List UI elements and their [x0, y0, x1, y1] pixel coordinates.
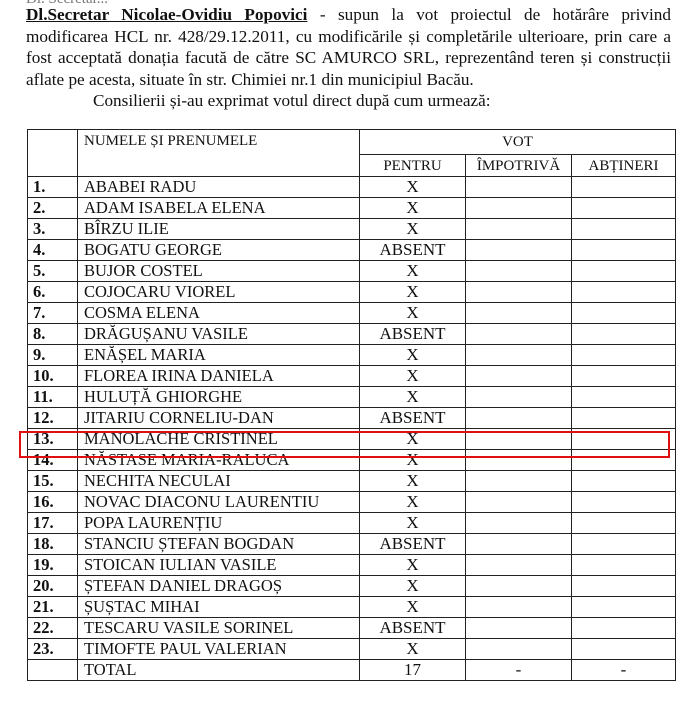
row-number: 17.	[28, 513, 78, 534]
vote-impotriva	[466, 366, 572, 387]
row-number: 21.	[28, 597, 78, 618]
vote-pentru: X	[360, 345, 466, 366]
vote-impotriva	[466, 345, 572, 366]
table-row: 9.ENĂȘEL MARIAX	[28, 345, 676, 366]
member-name: BÎRZU ILIE	[78, 219, 360, 240]
row-number: 4.	[28, 240, 78, 261]
table-row: 15.NECHITA NECULAIX	[28, 471, 676, 492]
table-row: 14.NĂSTASE MARIA-RALUCAX	[28, 450, 676, 471]
vote-abtineri	[572, 198, 676, 219]
row-number: 2.	[28, 198, 78, 219]
vote-pentru: ABSENT	[360, 618, 466, 639]
row-number: 16.	[28, 492, 78, 513]
vote-pentru: X	[360, 555, 466, 576]
vote-pentru: X	[360, 492, 466, 513]
vote-impotriva	[466, 618, 572, 639]
vote-pentru: X	[360, 513, 466, 534]
vote-pentru: X	[360, 597, 466, 618]
vote-impotriva	[466, 429, 572, 450]
row-number: 19.	[28, 555, 78, 576]
member-name: NĂSTASE MARIA-RALUCA	[78, 450, 360, 471]
vote-abtineri	[572, 408, 676, 429]
vote-pentru: X	[360, 576, 466, 597]
vote-pentru: X	[360, 639, 466, 660]
table-row: 22.TESCARU VASILE SORINELABSENT	[28, 618, 676, 639]
vote-impotriva	[466, 240, 572, 261]
member-name: ȘTEFAN DANIEL DRAGOȘ	[78, 576, 360, 597]
vote-abtineri	[572, 450, 676, 471]
vote-abtineri: -	[572, 660, 676, 681]
vote-abtineri	[572, 387, 676, 408]
member-name: BUJOR COSTEL	[78, 261, 360, 282]
vote-pentru: X	[360, 282, 466, 303]
vote-pentru: X	[360, 429, 466, 450]
table-row: 1.ABABEI RADUX	[28, 177, 676, 198]
vote-paragraph: Dl.Secretar Nicolae-Ovidiu Popovici - su…	[26, 4, 671, 90]
member-name: NOVAC DIACONU LAURENTIU	[78, 492, 360, 513]
table-row: 12.JITARIU CORNELIU-DANABSENT	[28, 408, 676, 429]
vote-pentru: 17	[360, 660, 466, 681]
total-row: TOTAL17--	[28, 660, 676, 681]
vote-pentru: X	[360, 219, 466, 240]
vote-impotriva	[466, 639, 572, 660]
vote-impotriva	[466, 576, 572, 597]
row-number: 23.	[28, 639, 78, 660]
table-row: 18.STANCIU ȘTEFAN BOGDANABSENT	[28, 534, 676, 555]
vote-pentru: X	[360, 387, 466, 408]
vote-impotriva	[466, 408, 572, 429]
member-name: DRĂGUȘANU VASILE	[78, 324, 360, 345]
row-number: 5.	[28, 261, 78, 282]
vote-impotriva	[466, 219, 572, 240]
header-pentru: PENTRU	[360, 155, 466, 177]
vote-abtineri	[572, 219, 676, 240]
vote-pentru: ABSENT	[360, 408, 466, 429]
member-name: STANCIU ȘTEFAN BOGDAN	[78, 534, 360, 555]
vote-impotriva	[466, 324, 572, 345]
header-nr	[28, 130, 78, 177]
header-name: NUMELE ȘI PRENUMELE	[78, 130, 360, 177]
vote-abtineri	[572, 597, 676, 618]
vote-abtineri	[572, 534, 676, 555]
table-row: 10.FLOREA IRINA DANIELAX	[28, 366, 676, 387]
member-name: BOGATU GEORGE	[78, 240, 360, 261]
row-number: 10.	[28, 366, 78, 387]
vote-pentru: X	[360, 471, 466, 492]
vote-abtineri	[572, 492, 676, 513]
table-row: 2.ADAM ISABELA ELENAX	[28, 198, 676, 219]
member-name: ADAM ISABELA ELENA	[78, 198, 360, 219]
vote-abtineri	[572, 639, 676, 660]
row-number	[28, 660, 78, 681]
row-number: 18.	[28, 534, 78, 555]
vote-abtineri	[572, 261, 676, 282]
table-row: 17.POPA LAURENȚIUX	[28, 513, 676, 534]
vote-impotriva	[466, 198, 572, 219]
table-row: 16.NOVAC DIACONU LAURENTIUX	[28, 492, 676, 513]
row-number: 14.	[28, 450, 78, 471]
row-number: 12.	[28, 408, 78, 429]
vote-impotriva	[466, 597, 572, 618]
member-name: JITARIU CORNELIU-DAN	[78, 408, 360, 429]
speaker-name: Dl.Secretar Nicolae-Ovidiu Popovici	[26, 5, 307, 24]
vote-abtineri	[572, 324, 676, 345]
member-name: FLOREA IRINA DANIELA	[78, 366, 360, 387]
table-row: 20.ȘTEFAN DANIEL DRAGOȘX	[28, 576, 676, 597]
vote-impotriva	[466, 177, 572, 198]
member-name: ȘUȘTAC MIHAI	[78, 597, 360, 618]
header-row: NUMELE ȘI PRENUMELE VOT	[28, 130, 676, 155]
vote-pentru: ABSENT	[360, 534, 466, 555]
vote-impotriva	[466, 261, 572, 282]
vote-impotriva	[466, 555, 572, 576]
table-row: 21.ȘUȘTAC MIHAIX	[28, 597, 676, 618]
vote-impotriva	[466, 534, 572, 555]
table-row: 4.BOGATU GEORGEABSENT	[28, 240, 676, 261]
vote-impotriva	[466, 492, 572, 513]
table-row: 7.COSMA ELENAX	[28, 303, 676, 324]
vote-abtineri	[572, 282, 676, 303]
row-number: 13.	[28, 429, 78, 450]
vote-abtineri	[572, 555, 676, 576]
table-row: 13.MANOLACHE CRISTINELX	[28, 429, 676, 450]
member-name: ABABEI RADU	[78, 177, 360, 198]
vote-table: NUMELE ȘI PRENUMELE VOT PENTRU ÎMPOTRIVĂ…	[27, 129, 676, 681]
vote-impotriva	[466, 513, 572, 534]
vote-abtineri	[572, 429, 676, 450]
table-row: 5.BUJOR COSTELX	[28, 261, 676, 282]
vote-impotriva	[466, 471, 572, 492]
row-number: 6.	[28, 282, 78, 303]
row-number: 3.	[28, 219, 78, 240]
vote-abtineri	[572, 471, 676, 492]
member-name: POPA LAURENȚIU	[78, 513, 360, 534]
vote-impotriva	[466, 387, 572, 408]
vote-abtineri	[572, 303, 676, 324]
member-name: STOICAN IULIAN VASILE	[78, 555, 360, 576]
table-row: 23.TIMOFTE PAUL VALERIANX	[28, 639, 676, 660]
row-number: 15.	[28, 471, 78, 492]
vote-abtineri	[572, 366, 676, 387]
table-row: 6.COJOCARU VIORELX	[28, 282, 676, 303]
vote-pentru: X	[360, 177, 466, 198]
vote-pentru: ABSENT	[360, 324, 466, 345]
row-number: 8.	[28, 324, 78, 345]
row-number: 22.	[28, 618, 78, 639]
member-name: COSMA ELENA	[78, 303, 360, 324]
table-row: 3.BÎRZU ILIEX	[28, 219, 676, 240]
row-number: 1.	[28, 177, 78, 198]
member-name: TOTAL	[78, 660, 360, 681]
header-impotriva: ÎMPOTRIVĂ	[466, 155, 572, 177]
row-number: 9.	[28, 345, 78, 366]
table-row: 19.STOICAN IULIAN VASILEX	[28, 555, 676, 576]
header-abtineri: ABȚINERI	[572, 155, 676, 177]
vote-intro: Consilierii și-au exprimat votul direct …	[93, 90, 491, 111]
vote-pentru: X	[360, 450, 466, 471]
member-name: TIMOFTE PAUL VALERIAN	[78, 639, 360, 660]
member-name: HULUȚĂ GHIORGHE	[78, 387, 360, 408]
vote-pentru: ABSENT	[360, 240, 466, 261]
vote-abtineri	[572, 345, 676, 366]
vote-abtineri	[572, 576, 676, 597]
header-vot: VOT	[360, 130, 676, 155]
vote-impotriva	[466, 450, 572, 471]
vote-abtineri	[572, 177, 676, 198]
vote-impotriva: -	[466, 660, 572, 681]
vote-pentru: X	[360, 198, 466, 219]
vote-pentru: X	[360, 366, 466, 387]
row-number: 11.	[28, 387, 78, 408]
member-name: COJOCARU VIOREL	[78, 282, 360, 303]
member-name: ENĂȘEL MARIA	[78, 345, 360, 366]
member-name: NECHITA NECULAI	[78, 471, 360, 492]
vote-impotriva	[466, 282, 572, 303]
vote-abtineri	[572, 240, 676, 261]
table-row: 8.DRĂGUȘANU VASILEABSENT	[28, 324, 676, 345]
vote-abtineri	[572, 513, 676, 534]
row-number: 7.	[28, 303, 78, 324]
vote-pentru: X	[360, 303, 466, 324]
vote-impotriva	[466, 303, 572, 324]
vote-abtineri	[572, 618, 676, 639]
vote-pentru: X	[360, 261, 466, 282]
row-number: 20.	[28, 576, 78, 597]
table-row: 11.HULUȚĂ GHIORGHEX	[28, 387, 676, 408]
member-name: TESCARU VASILE SORINEL	[78, 618, 360, 639]
member-name: MANOLACHE CRISTINEL	[78, 429, 360, 450]
